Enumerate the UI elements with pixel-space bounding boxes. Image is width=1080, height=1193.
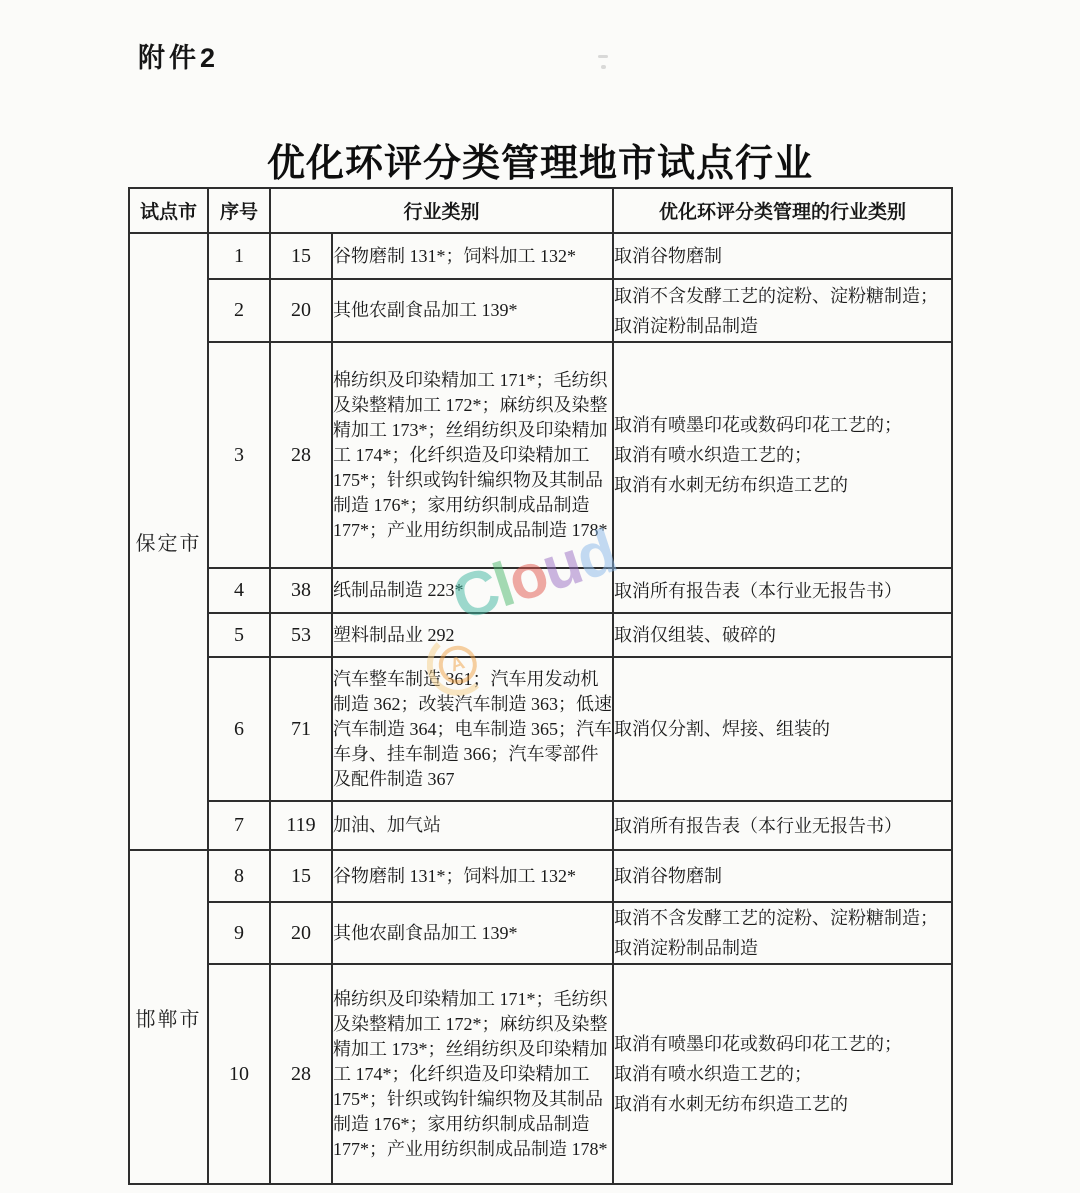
industry-code-cell: 15 <box>270 233 332 279</box>
managed-line: 取消所有报告表（本行业无报告书） <box>614 811 951 841</box>
scan-speck <box>601 65 606 69</box>
industry-code-cell: 28 <box>270 964 332 1184</box>
managed-category-cell: 取消不含发酵工艺的淀粉、淀粉糖制造； 取消淀粉制品制造 <box>613 279 952 342</box>
seq-cell: 2 <box>208 279 270 342</box>
header-seq: 序号 <box>208 188 270 233</box>
seq-cell: 8 <box>208 850 270 902</box>
industry-category-cell: 棉纺织及印染精加工 171*；毛纺织及染整精加工 172*；麻纺织及染整精加工 … <box>332 964 613 1184</box>
table-row: 4 38 纸制品制造 223* 取消所有报告表（本行业无报告书） <box>129 568 952 613</box>
table-row: 3 28 棉纺织及印染精加工 171*；毛纺织及染整精加工 172*；麻纺织及染… <box>129 342 952 568</box>
industry-code-cell: 53 <box>270 613 332 657</box>
industry-code-cell: 20 <box>270 279 332 342</box>
industry-code-cell: 15 <box>270 850 332 902</box>
managed-line: 取消谷物磨制 <box>614 861 951 891</box>
managed-line: 取消淀粉制品制造 <box>614 311 951 341</box>
table-header-row: 试点市 序号 行业类别 优化环评分类管理的行业类别 <box>129 188 952 233</box>
page-title: 优化环评分类管理地市试点行业 <box>0 132 1080 187</box>
industry-category-cell: 塑料制品业 292 <box>332 613 613 657</box>
table-row: 邯郸市 8 15 谷物磨制 131*；饲料加工 132* 取消谷物磨制 <box>129 850 952 902</box>
pilot-industries-table: 试点市 序号 行业类别 优化环评分类管理的行业类别 保定市 1 15 谷物磨制 … <box>128 187 953 1185</box>
managed-category-cell: 取消有喷墨印花或数码印花工艺的； 取消有喷水织造工艺的； 取消有水刺无纺布织造工… <box>613 964 952 1184</box>
table-container: 试点市 序号 行业类别 优化环评分类管理的行业类别 保定市 1 15 谷物磨制 … <box>128 187 953 1185</box>
city-cell-baoding: 保定市 <box>129 233 208 850</box>
scan-speck <box>598 55 608 58</box>
table-row: 6 71 汽车整车制造 361；汽车用发动机制造 362；改装汽车制造 363；… <box>129 657 952 801</box>
managed-category-cell: 取消仅分割、焊接、组装的 <box>613 657 952 801</box>
managed-line: 取消有水刺无纺布织造工艺的 <box>614 1089 951 1119</box>
seq-cell: 5 <box>208 613 270 657</box>
industry-code-cell: 71 <box>270 657 332 801</box>
managed-line: 取消不含发酵工艺的淀粉、淀粉糖制造； <box>614 281 951 311</box>
managed-line: 取消仅组装、破碎的 <box>614 620 951 650</box>
managed-line: 取消有喷墨印花或数码印花工艺的； <box>614 410 951 440</box>
seq-cell: 7 <box>208 801 270 850</box>
managed-category-cell: 取消有喷墨印花或数码印花工艺的； 取消有喷水织造工艺的； 取消有水刺无纺布织造工… <box>613 342 952 568</box>
industry-code-cell: 119 <box>270 801 332 850</box>
managed-line: 取消所有报告表（本行业无报告书） <box>614 576 951 606</box>
managed-category-cell: 取消所有报告表（本行业无报告书） <box>613 801 952 850</box>
industry-category-cell: 其他农副食品加工 139* <box>332 902 613 964</box>
managed-line: 取消有喷水织造工艺的； <box>614 440 951 470</box>
seq-cell: 10 <box>208 964 270 1184</box>
managed-line: 取消有喷墨印花或数码印花工艺的； <box>614 1029 951 1059</box>
table-row: 5 53 塑料制品业 292 取消仅组装、破碎的 <box>129 613 952 657</box>
managed-line: 取消淀粉制品制造 <box>614 933 951 963</box>
table-row: 2 20 其他农副食品加工 139* 取消不含发酵工艺的淀粉、淀粉糖制造； 取消… <box>129 279 952 342</box>
industry-category-cell: 其他农副食品加工 139* <box>332 279 613 342</box>
seq-cell: 1 <box>208 233 270 279</box>
industry-category-cell: 纸制品制造 223* <box>332 568 613 613</box>
table-row: 7 119 加油、加气站 取消所有报告表（本行业无报告书） <box>129 801 952 850</box>
industry-category-cell: 谷物磨制 131*；饲料加工 132* <box>332 850 613 902</box>
city-cell-handan: 邯郸市 <box>129 850 208 1184</box>
industry-category-cell: 棉纺织及印染精加工 171*；毛纺织及染整精加工 172*；麻纺织及染整精加工 … <box>332 342 613 568</box>
seq-cell: 4 <box>208 568 270 613</box>
industry-code-cell: 28 <box>270 342 332 568</box>
managed-category-cell: 取消仅组装、破碎的 <box>613 613 952 657</box>
industry-code-cell: 38 <box>270 568 332 613</box>
managed-line: 取消谷物磨制 <box>614 241 951 271</box>
table-row: 9 20 其他农副食品加工 139* 取消不含发酵工艺的淀粉、淀粉糖制造； 取消… <box>129 902 952 964</box>
header-city: 试点市 <box>129 188 208 233</box>
seq-cell: 9 <box>208 902 270 964</box>
managed-category-cell: 取消谷物磨制 <box>613 850 952 902</box>
seq-cell: 3 <box>208 342 270 568</box>
table-row: 保定市 1 15 谷物磨制 131*；饲料加工 132* 取消谷物磨制 <box>129 233 952 279</box>
managed-line: 取消仅分割、焊接、组装的 <box>614 714 951 744</box>
industry-category-cell: 汽车整车制造 361；汽车用发动机制造 362；改装汽车制造 363；低速汽车制… <box>332 657 613 801</box>
managed-line: 取消有水刺无纺布织造工艺的 <box>614 470 951 500</box>
seq-cell: 6 <box>208 657 270 801</box>
header-managed-category: 优化环评分类管理的行业类别 <box>613 188 952 233</box>
scanned-document-page: { "page": { "attachment_label": "附件2", "… <box>0 0 1080 1193</box>
industry-category-cell: 加油、加气站 <box>332 801 613 850</box>
managed-line: 取消有喷水织造工艺的； <box>614 1059 951 1089</box>
managed-category-cell: 取消所有报告表（本行业无报告书） <box>613 568 952 613</box>
managed-line: 取消不含发酵工艺的淀粉、淀粉糖制造； <box>614 903 951 933</box>
table-row: 10 28 棉纺织及印染精加工 171*；毛纺织及染整精加工 172*；麻纺织及… <box>129 964 952 1184</box>
industry-category-cell: 谷物磨制 131*；饲料加工 132* <box>332 233 613 279</box>
attachment-label: 附件2 <box>138 36 219 75</box>
header-industry-category: 行业类别 <box>270 188 613 233</box>
managed-category-cell: 取消不含发酵工艺的淀粉、淀粉糖制造； 取消淀粉制品制造 <box>613 902 952 964</box>
managed-category-cell: 取消谷物磨制 <box>613 233 952 279</box>
industry-code-cell: 20 <box>270 902 332 964</box>
